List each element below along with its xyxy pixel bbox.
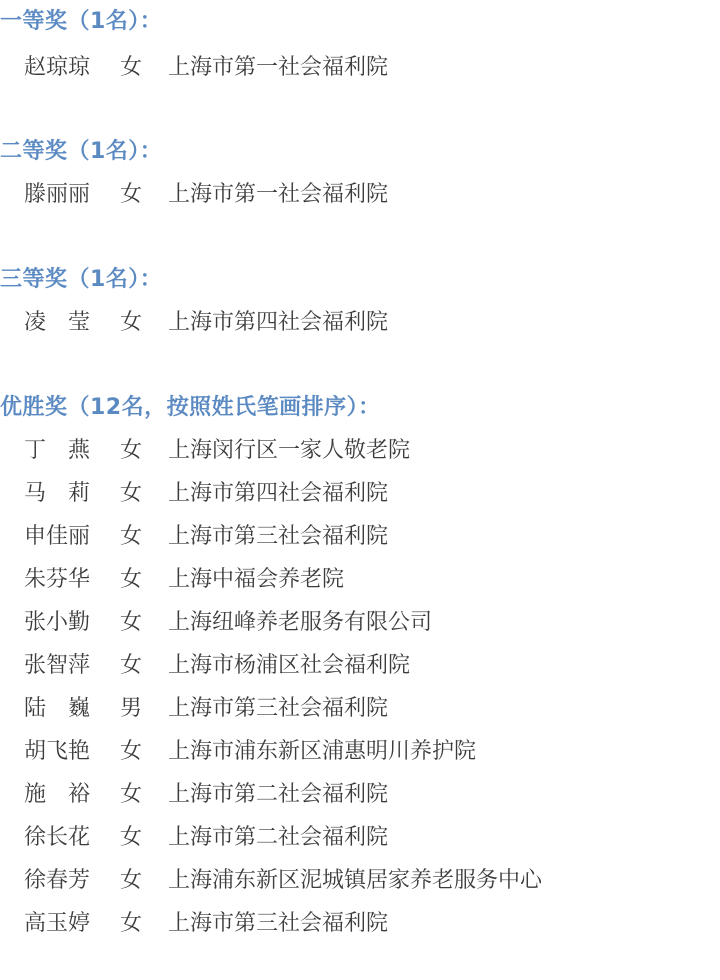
winner-organization: 上海浦东新区泥城镇居家养老服务中心 (168, 866, 542, 896)
winner-organization: 上海闵行区一家人敬老院 (168, 436, 410, 466)
section-heading-third-prize: 三等奖（1名）： (0, 265, 162, 295)
winner-name: 陆 巍 (24, 694, 104, 724)
winner-gender: 女 (120, 436, 150, 466)
winner-name: 张小勤 (24, 608, 104, 638)
winner-organization: 上海市第二社会福利院 (168, 823, 388, 853)
winner-name: 施 裕 (24, 780, 104, 810)
winner-gender: 男 (120, 694, 150, 724)
winner-organization: 上海市杨浦区社会福利院 (168, 651, 410, 681)
winner-name: 凌 莹 (24, 308, 104, 338)
winner-gender: 女 (120, 308, 150, 338)
winner-name: 滕丽丽 (24, 180, 104, 210)
winner-gender: 女 (120, 479, 150, 509)
section-heading-first-prize: 一等奖（1名）： (0, 7, 162, 37)
winner-organization: 上海市第三社会福利院 (168, 694, 388, 724)
winner-organization: 上海市第一社会福利院 (168, 180, 388, 210)
winner-name: 徐长花 (24, 823, 104, 853)
winner-name: 高玉婷 (24, 909, 104, 939)
winner-name: 胡飞艳 (24, 737, 104, 767)
winner-organization: 上海市第四社会福利院 (168, 479, 388, 509)
winner-organization: 上海纽峰养老服务有限公司 (168, 608, 432, 638)
winner-organization: 上海市第二社会福利院 (168, 780, 388, 810)
winner-organization: 上海市第四社会福利院 (168, 308, 388, 338)
winner-gender: 女 (120, 866, 150, 896)
winner-gender: 女 (120, 909, 150, 939)
winner-gender: 女 (120, 565, 150, 595)
winner-gender: 女 (120, 823, 150, 853)
section-heading-merit-award: 优胜奖（12名，按照姓氏笔画排序）： (0, 393, 381, 423)
winner-organization: 上海市第三社会福利院 (168, 522, 388, 552)
winner-gender: 女 (120, 608, 150, 638)
winner-organization: 上海市浦东新区浦惠明川养护院 (168, 737, 476, 767)
section-heading-second-prize: 二等奖（1名）： (0, 137, 162, 167)
winner-name: 张智萍 (24, 651, 104, 681)
winner-name: 申佳丽 (24, 522, 104, 552)
winner-gender: 女 (120, 522, 150, 552)
winner-name: 丁 燕 (24, 436, 104, 466)
winner-gender: 女 (120, 651, 150, 681)
winner-name: 赵琼琼 (24, 53, 104, 83)
winner-organization: 上海市第一社会福利院 (168, 53, 388, 83)
winner-organization: 上海中福会养老院 (168, 565, 344, 595)
winner-gender: 女 (120, 737, 150, 767)
winner-gender: 女 (120, 780, 150, 810)
winner-name: 朱芬华 (24, 565, 104, 595)
winner-name: 马 莉 (24, 479, 104, 509)
winner-name: 徐春芳 (24, 866, 104, 896)
award-list-document: 一等奖（1名）： 赵琼琼 女 上海市第一社会福利院 二等奖（1名）： 滕丽丽 女… (0, 0, 720, 980)
winner-gender: 女 (120, 53, 150, 83)
winner-organization: 上海市第三社会福利院 (168, 909, 388, 939)
winner-gender: 女 (120, 180, 150, 210)
